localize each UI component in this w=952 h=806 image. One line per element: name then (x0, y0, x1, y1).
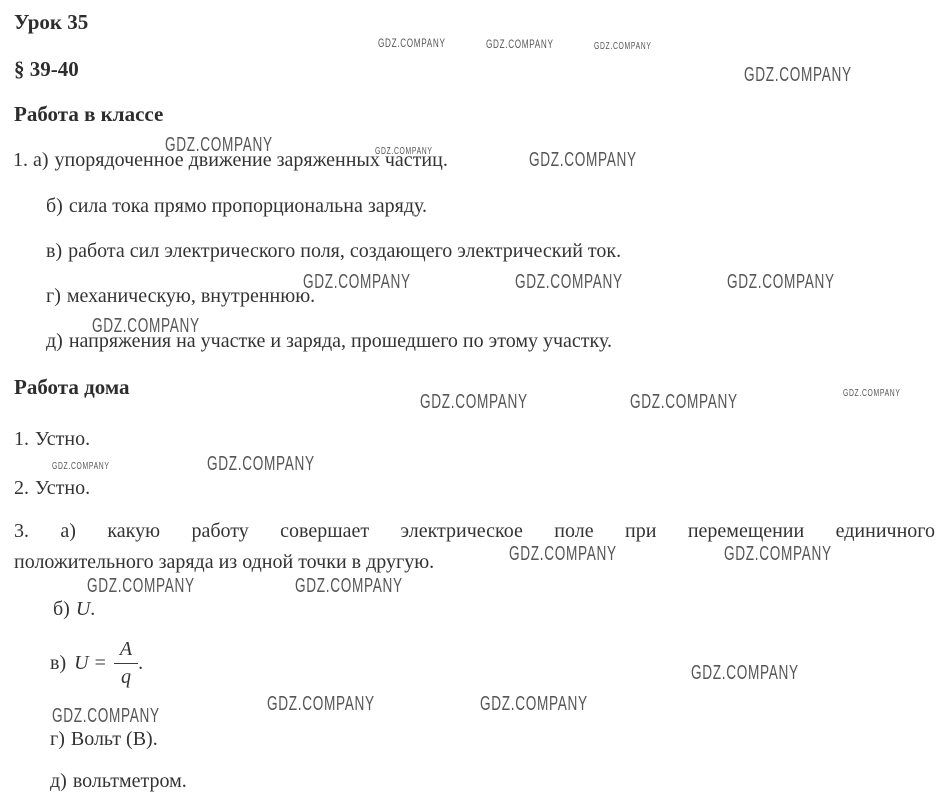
watermark: GDZ.COMPANY (87, 575, 195, 598)
homework-item-v-formula: в) U = A q . (50, 638, 143, 689)
watermark: GDZ.COMPANY (165, 134, 273, 157)
fraction-denominator: q (114, 663, 138, 689)
watermark: GDZ.COMPANY (724, 543, 832, 566)
watermark: GDZ.COMPANY (594, 41, 652, 52)
item-label: д) (46, 330, 63, 352)
period: . (90, 598, 95, 620)
item-text: вольтметром. (73, 770, 187, 792)
watermark: GDZ.COMPANY (843, 388, 901, 399)
watermark: GDZ.COMPANY (420, 391, 528, 414)
watermark: GDZ.COMPANY (744, 64, 852, 87)
item-label: 2. (14, 477, 29, 499)
watermark: GDZ.COMPANY (378, 36, 446, 50)
watermark: GDZ.COMPANY (691, 662, 799, 685)
item-label: д) (50, 770, 67, 792)
watermark: GDZ.COMPANY (267, 693, 375, 716)
homework-item-2: 2.Устно. (14, 477, 90, 500)
fraction: A q (114, 638, 138, 689)
item-text: механическую, внутреннюю. (67, 285, 315, 307)
classwork-heading: Работа в классе (14, 102, 163, 126)
item-text: Устно. (35, 477, 90, 499)
math-variable: U (74, 652, 88, 675)
homework-item-3a-line2: положительного заряда из одной точки в д… (14, 551, 434, 574)
homework-item-3a-line1: 3. а) какую работу совершает электрическ… (14, 520, 935, 543)
item-label: 1. а) (13, 149, 49, 171)
paragraph-ref: § 39-40 (14, 57, 79, 81)
period: . (138, 652, 143, 675)
item-label: в) (50, 652, 66, 675)
watermark: GDZ.COMPANY (480, 693, 588, 716)
homework-item-1: 1.Устно. (14, 428, 90, 451)
item-label: б) (53, 598, 70, 620)
watermark: GDZ.COMPANY (529, 149, 637, 172)
homework-heading: Работа дома (14, 375, 129, 399)
item-label: 1. (14, 428, 29, 450)
item-label: в) (46, 240, 62, 262)
item-text: Вольт (В). (71, 728, 158, 750)
item-label: г) (46, 285, 61, 307)
watermark: GDZ.COMPANY (509, 543, 617, 566)
item-label: б) (46, 195, 63, 217)
item-text: сила тока прямо пропорциональна заряду. (69, 195, 427, 217)
watermark: GDZ.COMPANY (486, 37, 554, 51)
watermark: GDZ.COMPANY (515, 271, 623, 294)
watermark: GDZ.COMPANY (303, 271, 411, 294)
math-variable: U (76, 598, 90, 620)
item-text: работа сил электрического поля, создающе… (68, 240, 621, 262)
watermark: GDZ.COMPANY (630, 391, 738, 414)
classwork-item-g: г)механическую, внутреннюю. (46, 285, 315, 308)
classwork-item-b: б)сила тока прямо пропорциональна заряду… (46, 195, 427, 218)
classwork-item-v: в)работа сил электрического поля, создаю… (46, 240, 621, 263)
gdz-answer-page: { "colors": { "text": "#333333", "waterm… (0, 0, 952, 806)
homework-item-d: д)вольтметром. (50, 770, 187, 793)
watermark: GDZ.COMPANY (52, 461, 110, 472)
item-label: г) (50, 728, 65, 750)
watermark: GDZ.COMPANY (295, 575, 403, 598)
watermark: GDZ.COMPANY (92, 315, 200, 338)
watermark: GDZ.COMPANY (375, 146, 433, 157)
watermark: GDZ.COMPANY (207, 453, 315, 476)
homework-item-g: г)Вольт (В). (50, 728, 158, 751)
fraction-numerator: A (114, 638, 138, 663)
watermark: GDZ.COMPANY (52, 705, 160, 728)
item-text: Устно. (35, 428, 90, 450)
equals-sign: = (95, 652, 106, 675)
lesson-title: Урок 35 (14, 10, 88, 34)
watermark: GDZ.COMPANY (727, 271, 835, 294)
homework-item-b: б)U. (53, 598, 95, 621)
